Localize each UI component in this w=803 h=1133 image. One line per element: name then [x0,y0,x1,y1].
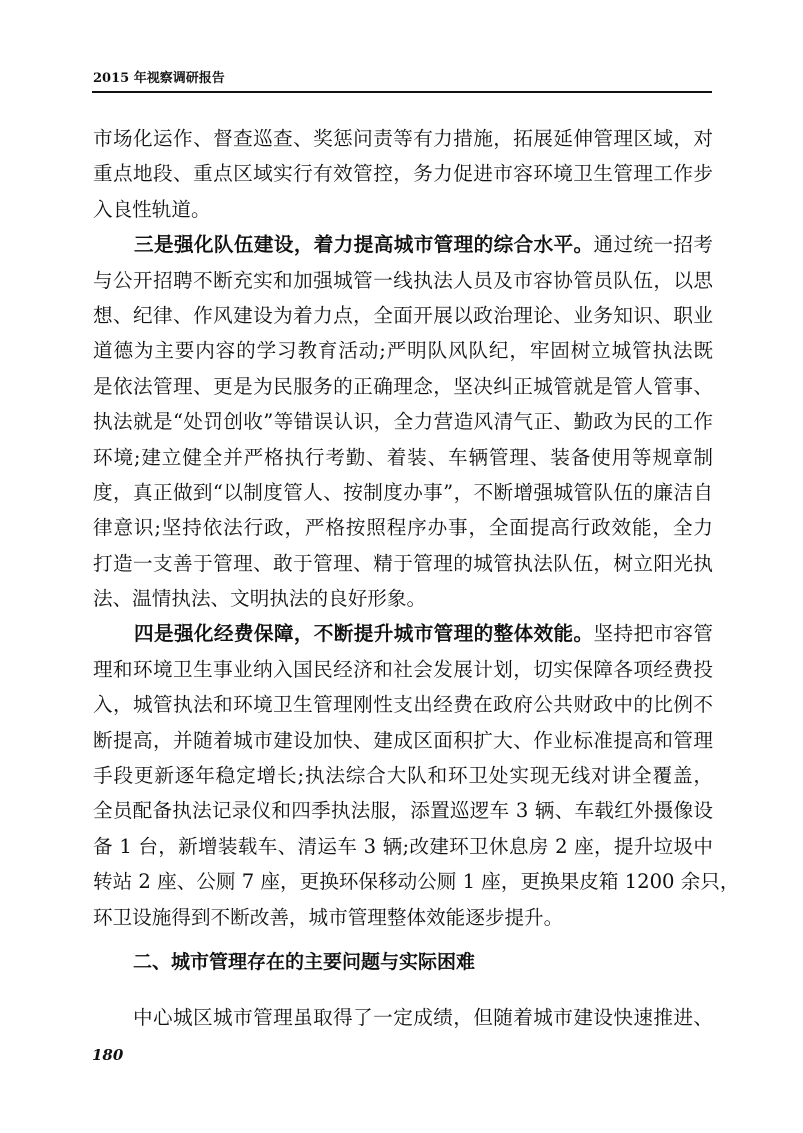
body-text: 市场化运作、督查巡查、奖惩问责等有力措施，拓展延伸管理区域，对 重点地段、重点区… [93,121,713,935]
text-line: 道德为主要内容的学习教育活动;严明队风队纪，牢固树立城管执法既 [93,333,713,368]
paragraph-lead-bold: 四是强化经费保障，不断提升城市管理的整体效能。 [134,622,594,645]
text-line: 想、纪律、作风建设为着力点，全面开展以政治理论、业务知识、职业 [93,298,713,333]
text-line: 断提高，并随着城市建设加快、建成区面积扩大、作业标准提高和管理 [93,723,713,758]
text-line: 律意识;坚持依法行政，严格按照程序办事，全面提高行政效能，全力 [93,510,713,545]
text-line: 环卫设施得到不断改善，城市管理整体效能逐步提升。 [93,900,713,935]
text-line: 市场化运作、督查巡查、奖惩问责等有力措施，拓展延伸管理区域，对 [93,121,713,156]
text-line: 打造一支善于管理、敢于管理、精于管理的城管执法队伍，树立阳光执 [93,546,713,581]
text-line: 备 1 台，新增装载车、清运车 3 辆;改建环卫休息房 2 座，提升垃圾中 [93,829,713,864]
text-line: 手段更新逐年稳定增长;执法综合大队和环卫处实现无线对讲全覆盖， [93,758,713,793]
paragraph-lead-line: 三是强化队伍建设，着力提高城市管理的综合水平。通过统一招考 [93,227,713,262]
text-line: 转站 2 座、公厕 7 座，更换环保移动公厕 1 座，更换果皮箱 1200 余只… [93,864,713,899]
paragraph-lead-rest: 通过统一招考 [594,233,714,256]
paragraph-lead-line: 四是强化经费保障，不断提升城市管理的整体效能。坚持把市容管 [93,616,713,651]
running-header: 2015 年视察调研报告 [93,70,711,88]
text-line: 重点地段、重点区域实行有效管控，务力促进市容环境卫生管理工作步 [93,156,713,191]
paragraph-lead-rest: 坚持把市容管 [594,622,714,645]
paragraph-lead-bold: 三是强化队伍建设，着力提高城市管理的综合水平。 [134,233,594,256]
page-number: 180 [92,1045,123,1065]
text-line: 入，城管执法和环境卫生管理刚性支出经费在政府公共财政中的比例不 [93,687,713,722]
text-line: 中心城区城市管理虽取得了一定成绩，但随着城市建设快速推进、 [133,1003,713,1033]
text-line: 法、温情执法、文明执法的良好形象。 [93,581,713,616]
section-heading: 二、城市管理存在的主要问题与实际困难 [133,948,475,976]
text-line: 理和环境卫生事业纳入国民经济和社会发展计划，切实保障各项经费投 [93,652,713,687]
text-line: 环境;建立健全并严格执行考勤、着装、车辆管理、装备使用等规章制 [93,440,713,475]
header-rule [92,91,712,93]
text-line: 度，真正做到“以制度管人、按制度办事”，不断增强城管队伍的廉洁自 [93,475,713,510]
text-line: 全员配备执法记录仪和四季执法服，添置巡逻车 3 辆、车载红外摄像设 [93,793,713,828]
text-line: 入良性轨道。 [93,192,713,227]
text-line: 与公开招聘不断充实和加强城管一线执法人员及市容协管员队伍，以思 [93,263,713,298]
text-line: 执法就是“处罚创收”等错误认识，全力营造风清气正、勤政为民的工作 [93,404,713,439]
text-line: 是依法管理、更是为民服务的正确理念，坚决纠正城管就是管人管事、 [93,369,713,404]
